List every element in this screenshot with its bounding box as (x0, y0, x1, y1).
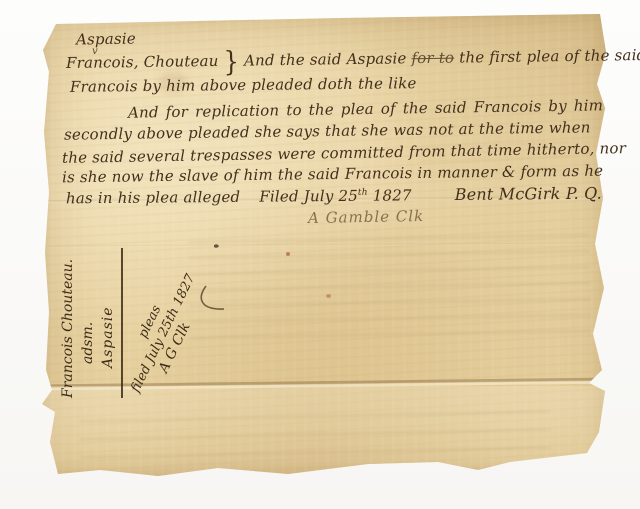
scanned-document: Aspasie v Francois, Chouteau } And the s… (0, 0, 640, 509)
filing-date-day: Filed July 25 (259, 187, 358, 206)
ink-bleedthrough-middle (189, 221, 591, 346)
caption-defendant-name: Francois, Chouteau (66, 52, 219, 72)
filing-date-year: 1827 (368, 186, 412, 204)
body-line-8-text: has in his plea alleged (66, 188, 240, 208)
caption-brace: } (223, 54, 239, 70)
body-line-3: Francois by him above pleaded doth the l… (70, 74, 417, 96)
ink-stain (286, 252, 290, 256)
filing-date-ordinal: th (358, 188, 368, 198)
attorney-signature: Bent McGirk P. Q. (455, 184, 602, 204)
docket-versus: adsm. (78, 228, 98, 398)
struck-out-words: for to (411, 49, 454, 68)
below-fold-shading (40, 386, 615, 482)
body-line-2-text: And the said Aspasie (244, 49, 407, 69)
ink-bleedthrough-bottom (79, 395, 550, 459)
filing-date-note: Filed July 25th 1827 (259, 186, 412, 205)
docket-defendant: Francois Chouteau. (58, 228, 78, 398)
body-line-2-end: the first plea of the said (459, 46, 640, 67)
caption-plaintiff-name: Aspasie (76, 29, 136, 48)
clerk-attestation: A Gamble Clk (308, 207, 424, 227)
ink-stain (326, 294, 331, 298)
